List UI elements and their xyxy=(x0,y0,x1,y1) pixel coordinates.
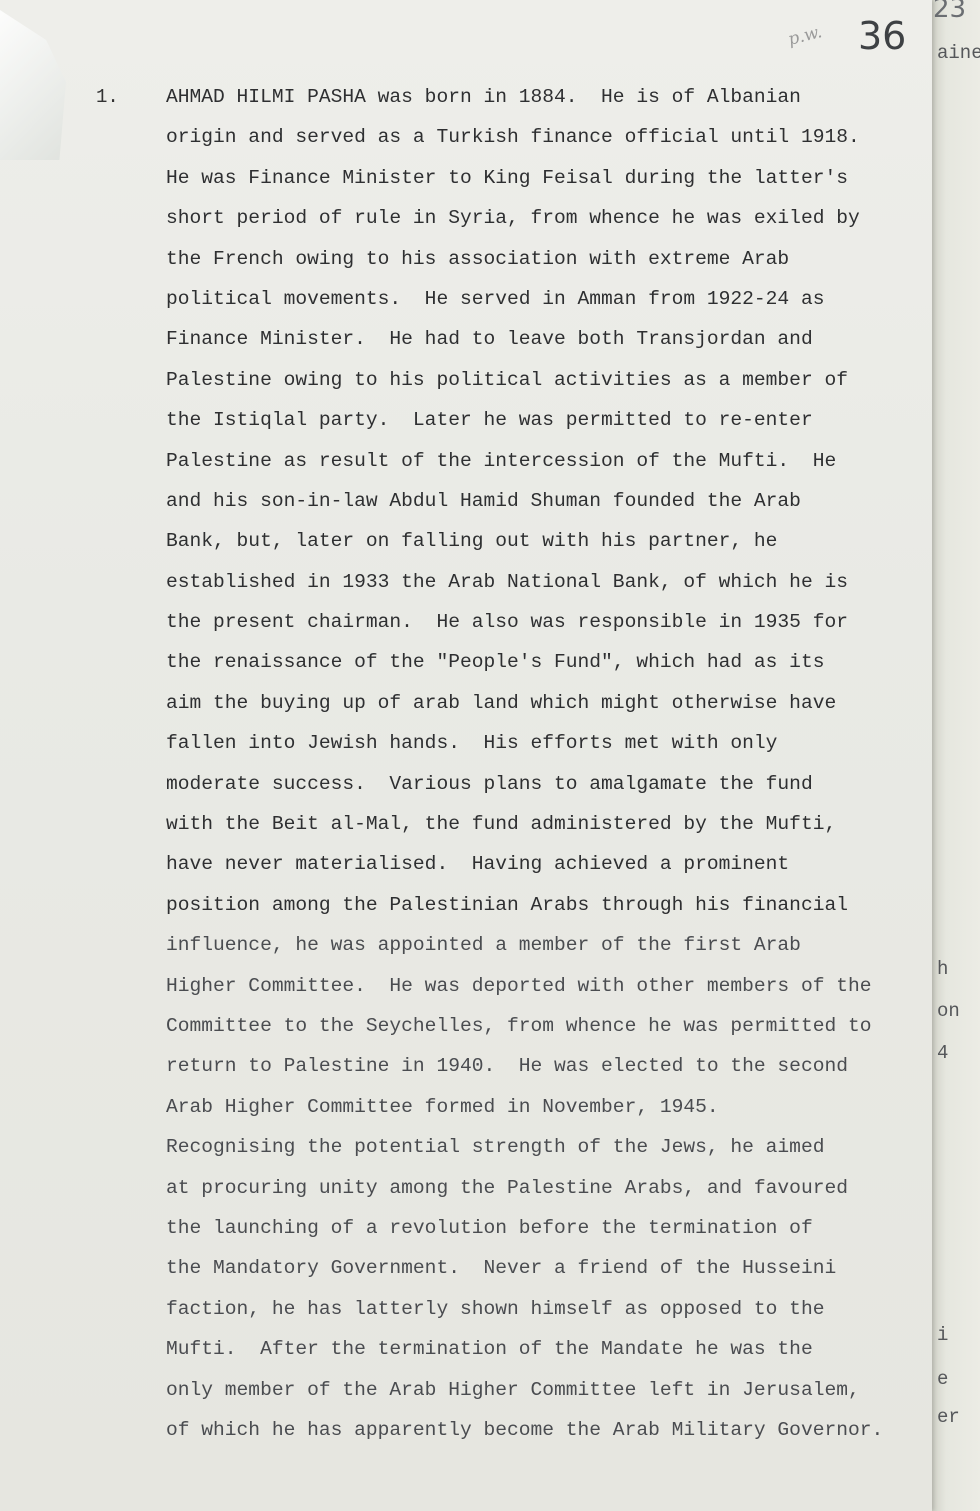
text-line: only member of the Arab Higher Committee… xyxy=(166,1377,926,1417)
text-line: position among the Palestinian Arabs thr… xyxy=(166,892,926,932)
text-line: established in 1933 the Arab National Ba… xyxy=(166,569,926,609)
text-line: Bank, but, later on falling out with his… xyxy=(166,528,926,568)
text-fragment: h xyxy=(937,958,948,980)
text-line: moderate success. Various plans to amalg… xyxy=(166,771,926,811)
text-fragment: on xyxy=(937,1000,960,1022)
paragraph-number: 1. xyxy=(96,86,119,108)
text-line: the renaissance of the "People's Fund", … xyxy=(166,649,926,689)
text-line: and his son-in-law Abdul Hamid Shuman fo… xyxy=(166,488,926,528)
text-line: the French owing to his association with… xyxy=(166,246,926,286)
text-line: Finance Minister. He had to leave both T… xyxy=(166,326,926,366)
text-line: origin and served as a Turkish finance o… xyxy=(166,124,926,164)
page-number: 36 xyxy=(858,14,906,58)
text-fragment: i xyxy=(937,1324,948,1346)
underlying-page: 23 aine h on 4 i e er xyxy=(930,0,980,1511)
text-fragment: 4 xyxy=(937,1042,948,1064)
adhesive-tape xyxy=(0,10,66,160)
text-line: Recognising the potential strength of th… xyxy=(166,1134,926,1174)
text-line: Mufti. After the termination of the Mand… xyxy=(166,1336,926,1376)
text-line: the Istiqlal party. Later he was permitt… xyxy=(166,407,926,447)
text-line: influence, he was appointed a member of … xyxy=(166,932,926,972)
text-line: return to Palestine in 1940. He was elec… xyxy=(166,1053,926,1093)
text-line: at procuring unity among the Palestine A… xyxy=(166,1175,926,1215)
text-line: Palestine as result of the intercession … xyxy=(166,448,926,488)
text-line: short period of rule in Syria, from when… xyxy=(166,205,926,245)
text-line: political movements. He served in Amman … xyxy=(166,286,926,326)
pencil-annotation: p.w. xyxy=(786,22,824,50)
text-line: Arab Higher Committee formed in November… xyxy=(166,1094,926,1134)
text-line: have never materialised. Having achieved… xyxy=(166,851,926,891)
text-fragment: e xyxy=(937,1368,948,1390)
text-line: Palestine owing to his political activit… xyxy=(166,367,926,407)
text-line: fallen into Jewish hands. His efforts me… xyxy=(166,730,926,770)
text-line: aim the buying up of arab land which mig… xyxy=(166,690,926,730)
text-line: He was Finance Minister to King Feisal d… xyxy=(166,165,926,205)
text-fragment: er xyxy=(937,1406,960,1428)
text-line: AHMAD HILMI PASHA was born in 1884. He i… xyxy=(166,84,926,124)
text-line: faction, he has latterly shown himself a… xyxy=(166,1296,926,1336)
text-line: of which he has apparently become the Ar… xyxy=(166,1417,926,1457)
text-line: with the Beit al-Mal, the fund administe… xyxy=(166,811,926,851)
text-line: the Mandatory Government. Never a friend… xyxy=(166,1255,926,1295)
text-line: the present chairman. He also was respon… xyxy=(166,609,926,649)
text-line: Higher Committee. He was deported with o… xyxy=(166,973,926,1013)
text-line: Committee to the Seychelles, from whence… xyxy=(166,1013,926,1053)
typed-page: p.w. 36 1. AHMAD HILMI PASHA was born in… xyxy=(0,0,932,1511)
paragraph-body: AHMAD HILMI PASHA was born in 1884. He i… xyxy=(166,84,926,1457)
text-fragment: aine xyxy=(937,42,980,64)
underlying-page-number: 23 xyxy=(933,0,966,24)
text-line: the launching of a revolution before the… xyxy=(166,1215,926,1255)
